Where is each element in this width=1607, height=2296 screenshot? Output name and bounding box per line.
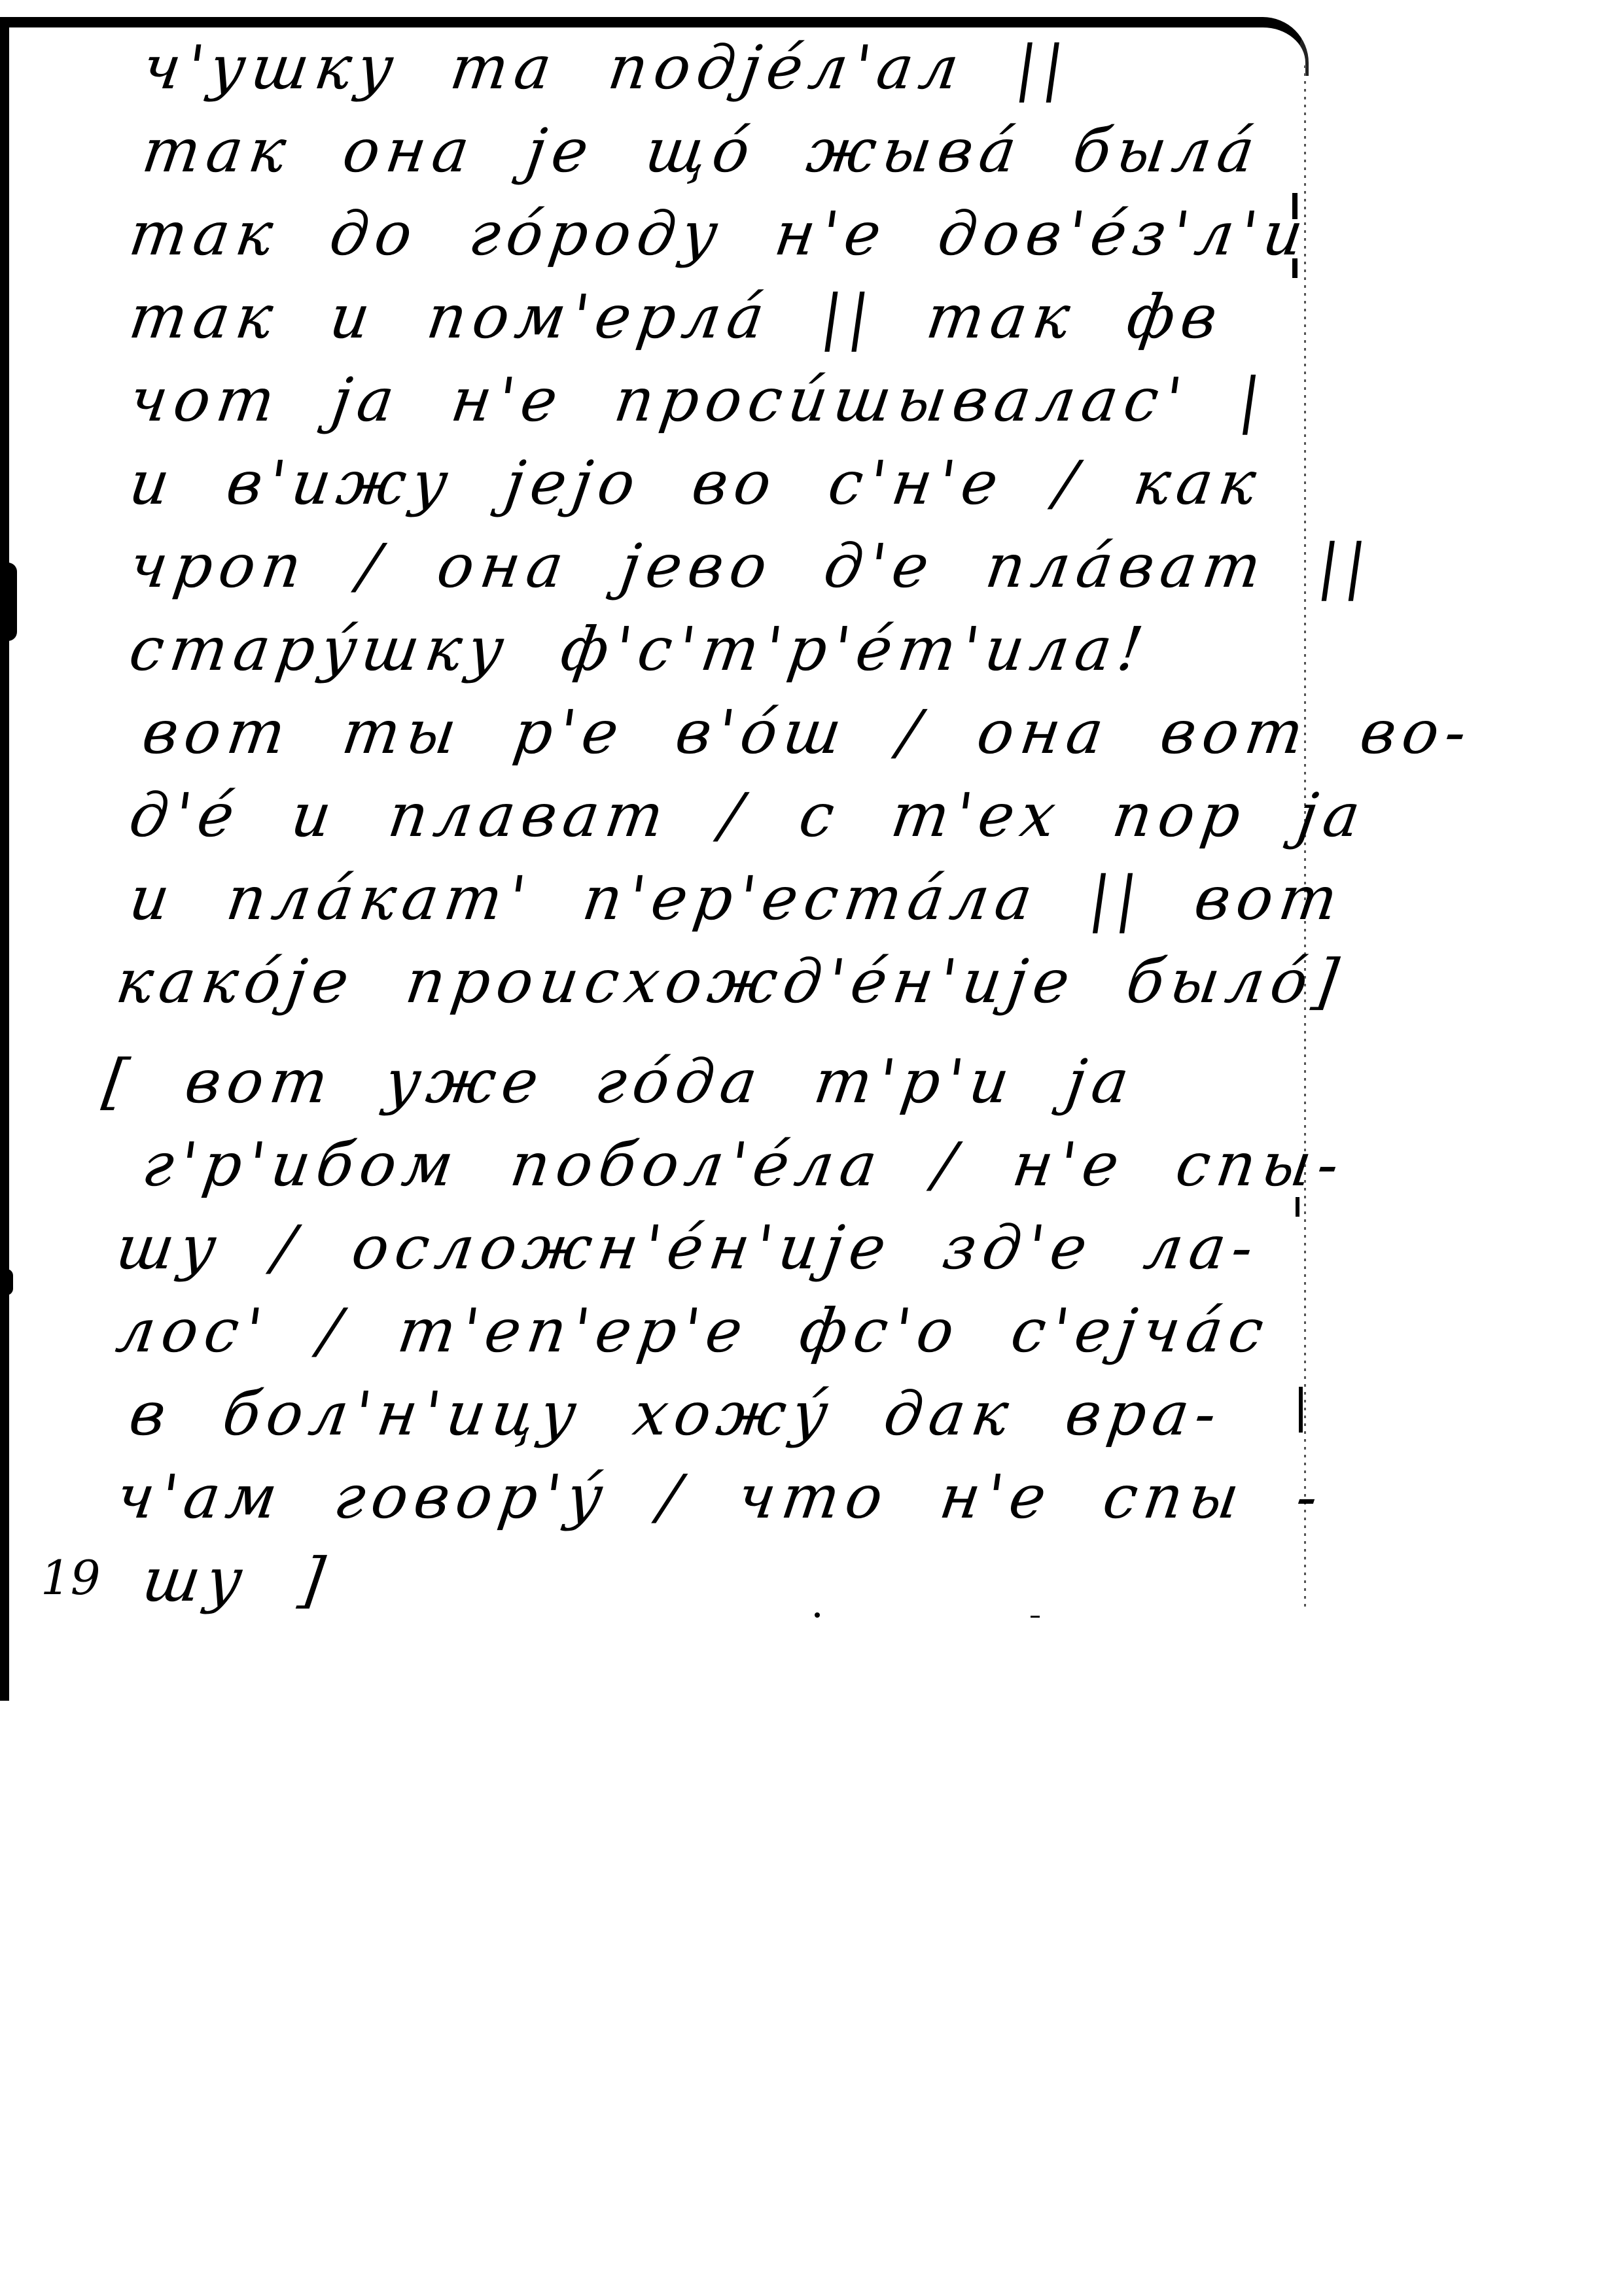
text-line: шу / осложн'éн'ије зд'е ла-: [98, 1206, 1307, 1289]
text-line: старýшку ф'с'т'р'е́т'ила!: [98, 608, 1307, 691]
text-line: так и пом'ерлá || так фв: [98, 275, 1307, 358]
text-line: и в'ижу јејо во с'н'е / как: [98, 442, 1307, 525]
text-line: ч'ушку та подје́л'ал ||: [98, 26, 1307, 109]
binding-shadow-left: [0, 26, 9, 1701]
text-line: [ вот уже гóда т'р'и ја: [98, 1040, 1307, 1123]
text-line: чот ја н'е просúшывалас' |: [98, 358, 1307, 442]
text-line: вот ты р'е в'óш / она вот во-: [98, 691, 1307, 774]
text-line: в бол'н'ицу хожý дак вра-: [98, 1372, 1307, 1455]
text-line: д'é и плават / с т'ех пор ја: [98, 774, 1307, 857]
binding-shadow-notch: [0, 563, 17, 641]
text-line: чроп / она јево д'е плáват ||: [98, 525, 1307, 608]
text-line: шу ]: [98, 1539, 1307, 1622]
text-line: лос' / т'еп'ер'е фс'о с'ејчáс: [98, 1289, 1307, 1372]
scanned-page: ч'ушку та подје́л'ал || так она је щó жы…: [0, 0, 1607, 2296]
text-line: г'р'ибом побол'éла / н'е спы-: [98, 1123, 1307, 1206]
binding-shadow-notch: [0, 1269, 13, 1295]
text-line: и плáкат' п'ер'естáла || вот: [98, 857, 1307, 940]
manuscript-text: ч'ушку та подје́л'ал || так она је щó жы…: [98, 26, 1296, 1622]
text-line: ч'ам говор'ý / что н'е спы -: [98, 1455, 1307, 1539]
text-line: так она је щó жывá былá: [98, 109, 1307, 192]
page-number: 19: [41, 1550, 101, 1605]
text-line: какóје происхожд'е́н'ије былó]: [98, 940, 1307, 1023]
text-line: так до гóроду н'е дов'éз'л'и: [98, 192, 1307, 275]
